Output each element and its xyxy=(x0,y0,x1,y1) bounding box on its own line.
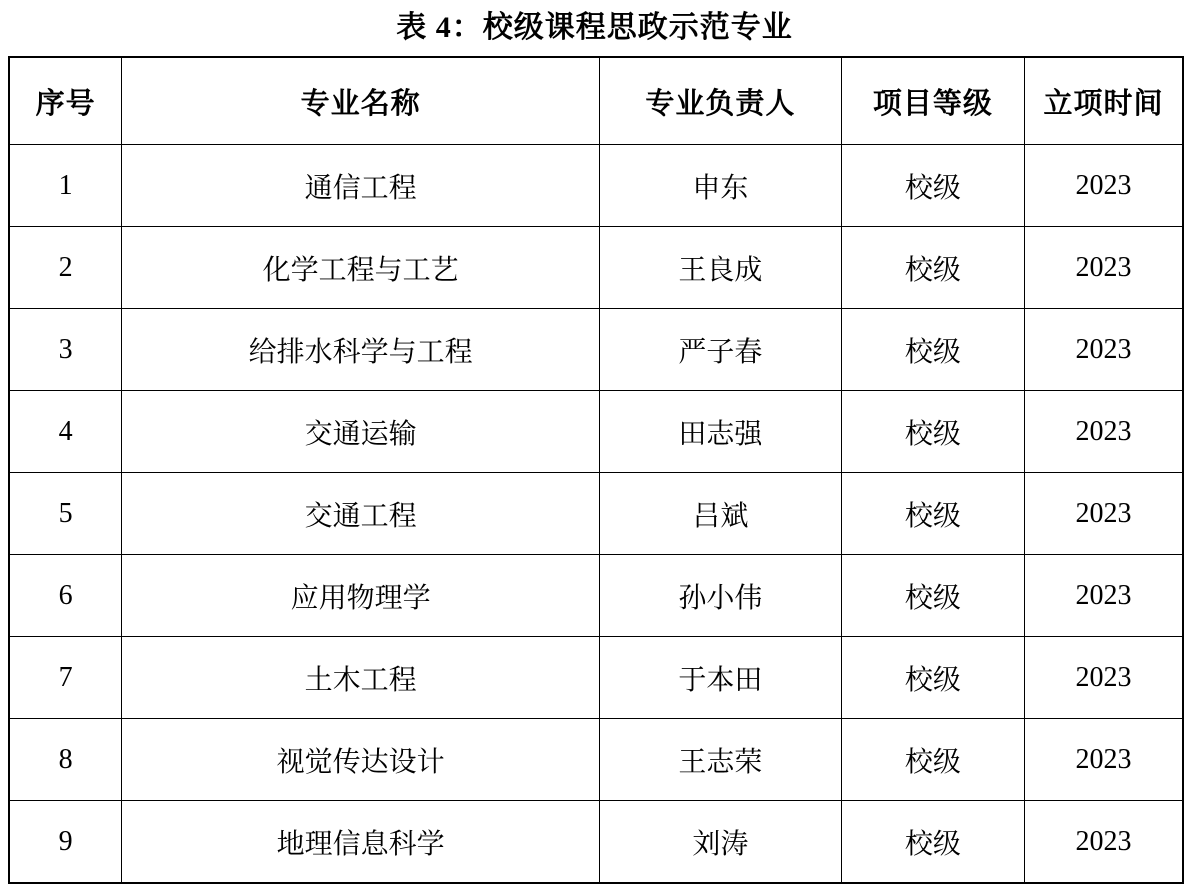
table-row: 9地理信息科学刘涛校级2023 xyxy=(9,801,1183,884)
cell-level: 校级 xyxy=(841,145,1024,227)
cell-leader: 于本田 xyxy=(600,637,842,719)
cell-major: 地理信息科学 xyxy=(122,801,600,884)
table-row: 3给排水科学与工程严子春校级2023 xyxy=(9,309,1183,391)
cell-year: 2023 xyxy=(1025,227,1184,309)
cell-year: 2023 xyxy=(1025,637,1184,719)
cell-leader: 刘涛 xyxy=(600,801,842,884)
cell-level: 校级 xyxy=(841,473,1024,555)
cell-major: 土木工程 xyxy=(122,637,600,719)
cell-year: 2023 xyxy=(1025,473,1184,555)
cell-no: 2 xyxy=(9,227,122,309)
header-cell-year: 立项时间 xyxy=(1025,57,1184,145)
cell-no: 6 xyxy=(9,555,122,637)
cell-year: 2023 xyxy=(1025,391,1184,473)
header-cell-major: 专业名称 xyxy=(122,57,600,145)
cell-major: 通信工程 xyxy=(122,145,600,227)
table-row: 1通信工程申东校级2023 xyxy=(9,145,1183,227)
cell-no: 3 xyxy=(9,309,122,391)
table-header-row: 序号专业名称专业负责人项目等级立项时间 xyxy=(9,57,1183,145)
cell-year: 2023 xyxy=(1025,309,1184,391)
cell-level: 校级 xyxy=(841,555,1024,637)
demo-majors-table: 序号专业名称专业负责人项目等级立项时间 1通信工程申东校级20232化学工程与工… xyxy=(8,56,1184,884)
cell-no: 9 xyxy=(9,801,122,884)
cell-year: 2023 xyxy=(1025,801,1184,884)
table-body: 1通信工程申东校级20232化学工程与工艺王良成校级20233给排水科学与工程严… xyxy=(9,145,1183,884)
cell-major: 给排水科学与工程 xyxy=(122,309,600,391)
cell-major: 交通工程 xyxy=(122,473,600,555)
cell-leader: 吕斌 xyxy=(600,473,842,555)
table-row: 7土木工程于本田校级2023 xyxy=(9,637,1183,719)
cell-no: 1 xyxy=(9,145,122,227)
table-row: 6应用物理学孙小伟校级2023 xyxy=(9,555,1183,637)
document-page: 表 4：校级课程思政示范专业 序号专业名称专业负责人项目等级立项时间 1通信工程… xyxy=(0,0,1189,893)
cell-major: 交通运输 xyxy=(122,391,600,473)
cell-level: 校级 xyxy=(841,637,1024,719)
cell-leader: 王志荣 xyxy=(600,719,842,801)
cell-year: 2023 xyxy=(1025,555,1184,637)
table-row: 4交通运输田志强校级2023 xyxy=(9,391,1183,473)
cell-major: 视觉传达设计 xyxy=(122,719,600,801)
table-header: 序号专业名称专业负责人项目等级立项时间 xyxy=(9,57,1183,145)
cell-level: 校级 xyxy=(841,719,1024,801)
cell-major: 应用物理学 xyxy=(122,555,600,637)
table-row: 5交通工程吕斌校级2023 xyxy=(9,473,1183,555)
cell-year: 2023 xyxy=(1025,719,1184,801)
cell-level: 校级 xyxy=(841,801,1024,884)
header-cell-level: 项目等级 xyxy=(841,57,1024,145)
cell-leader: 王良成 xyxy=(600,227,842,309)
cell-no: 5 xyxy=(9,473,122,555)
cell-leader: 严子春 xyxy=(600,309,842,391)
cell-leader: 田志强 xyxy=(600,391,842,473)
cell-leader: 孙小伟 xyxy=(600,555,842,637)
cell-no: 8 xyxy=(9,719,122,801)
cell-no: 7 xyxy=(9,637,122,719)
cell-no: 4 xyxy=(9,391,122,473)
cell-year: 2023 xyxy=(1025,145,1184,227)
cell-major: 化学工程与工艺 xyxy=(122,227,600,309)
page-title: 表 4：校级课程思政示范专业 xyxy=(0,0,1189,56)
table-row: 2化学工程与工艺王良成校级2023 xyxy=(9,227,1183,309)
header-cell-leader: 专业负责人 xyxy=(600,57,842,145)
cell-level: 校级 xyxy=(841,391,1024,473)
cell-level: 校级 xyxy=(841,227,1024,309)
table-row: 8视觉传达设计王志荣校级2023 xyxy=(9,719,1183,801)
cell-level: 校级 xyxy=(841,309,1024,391)
cell-leader: 申东 xyxy=(600,145,842,227)
header-cell-no: 序号 xyxy=(9,57,122,145)
